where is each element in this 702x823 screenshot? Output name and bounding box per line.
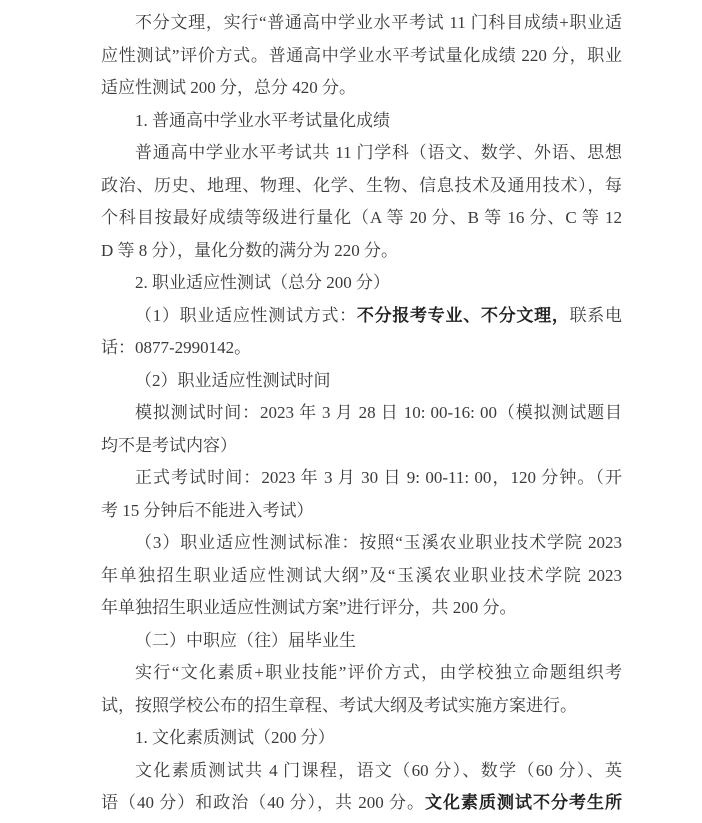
- text-run: （二）中职应（往）届毕业生: [135, 631, 356, 650]
- text-line: 语（40 分）和政治（40 分），共 200 分。文化素质测试不分考生所: [101, 787, 622, 820]
- text-line: 考 15 分钟后不能进入考试）: [101, 495, 622, 528]
- text-line: 年单独招生职业适应性测试方案”进行评分，共 200 分。: [101, 592, 622, 625]
- text-line: 2. 职业适应性测试（总分 200 分）: [101, 267, 622, 300]
- text-line: 均不是考试内容）: [101, 430, 622, 463]
- text-run: 年单独招生职业适应性测试大纲”及“玉溪农业职业技术学院 2023: [101, 566, 622, 585]
- text-run: 不分文理，实行“普通高中学业水平考试 11 门科目成绩+职业适: [135, 13, 622, 32]
- text-run: 应性测试”评价方式。普通高中学业水平考试量化成绩 220 分，职业: [101, 46, 622, 65]
- text-line: 实行“文化素质+职业技能”评价方式，由学校独立命题组织考: [101, 657, 622, 690]
- text-line: 政治、历史、地理、物理、化学、生物、信息技术及通用技术），每: [101, 170, 622, 203]
- text-line: 1. 普通高中学业水平考试量化成绩: [101, 105, 622, 138]
- text-run: 适应性测试 200 分，总分 420 分。: [101, 78, 356, 97]
- text-run: （3）职业适应性测试标准：按照“玉溪农业职业技术学院 2023: [135, 533, 622, 552]
- text-run: 正式考试时间：2023 年 3 月 30 日 9: 00-11: 00，120 …: [135, 468, 622, 487]
- text-run: 年单独招生职业适应性测试方案”进行评分，共 200 分。: [101, 598, 517, 617]
- text-run: 1. 普通高中学业水平考试量化成绩: [135, 111, 390, 130]
- text-run: 试，按照学校公布的招生章程、考试大纲及考试实施方案进行。: [101, 696, 577, 715]
- text-line: （1）职业适应性测试方式：不分报考专业、不分文理，联系电: [101, 300, 622, 333]
- bold-text-run: 不分报考专业、不分文理，: [357, 306, 570, 325]
- text-run: D 等 8 分），量化分数的满分为 220 分。: [101, 241, 398, 260]
- text-line: （二）中职应（往）届毕业生: [101, 625, 622, 658]
- text-line: D 等 8 分），量化分数的满分为 220 分。: [101, 235, 622, 268]
- text-line: 文化素质测试共 4 门课程，语文（60 分）、数学（60 分）、英: [101, 755, 622, 788]
- text-line: （2）职业适应性测试时间: [101, 365, 622, 398]
- text-line: 话：0877-2990142。: [101, 332, 622, 365]
- text-line: （3）职业适应性测试标准：按照“玉溪农业职业技术学院 2023: [101, 527, 622, 560]
- text-line: 年单独招生职业适应性测试大纲”及“玉溪农业职业技术学院 2023: [101, 560, 622, 593]
- bold-text-run: 文化素质测试不分考生所: [425, 793, 622, 812]
- text-run: 1. 文化素质测试（200 分）: [135, 728, 335, 747]
- text-line: 适应性测试 200 分，总分 420 分。: [101, 72, 622, 105]
- text-run: 文化素质测试共 4 门课程，语文（60 分）、数学（60 分）、英: [135, 761, 622, 780]
- text-line: 1. 文化素质测试（200 分）: [101, 722, 622, 755]
- text-line: 普通高中学业水平考试共 11 门学科（语文、数学、外语、思想: [101, 137, 622, 170]
- text-line: 不分文理，实行“普通高中学业水平考试 11 门科目成绩+职业适: [101, 7, 622, 40]
- text-line: 正式考试时间：2023 年 3 月 30 日 9: 00-11: 00，120 …: [101, 462, 622, 495]
- text-run: （2）职业适应性测试时间: [135, 371, 331, 390]
- text-run: 模拟测试时间：2023 年 3 月 28 日 10: 00-16: 00（模拟测…: [135, 403, 622, 422]
- text-line: 应性测试”评价方式。普通高中学业水平考试量化成绩 220 分，职业: [101, 40, 622, 73]
- text-line: 试，按照学校公布的招生章程、考试大纲及考试实施方案进行。: [101, 690, 622, 723]
- text-run: 实行“文化素质+职业技能”评价方式，由学校独立命题组织考: [135, 663, 622, 682]
- text-run: 考 15 分钟后不能进入考试）: [101, 501, 314, 520]
- text-run: 政治、历史、地理、物理、化学、生物、信息技术及通用技术），每: [101, 176, 622, 195]
- text-run: 联系电: [570, 306, 622, 325]
- text-run: 话：0877-2990142。: [101, 338, 251, 357]
- text-run: 普通高中学业水平考试共 11 门学科（语文、数学、外语、思想: [135, 143, 622, 162]
- document-text-block: 不分文理，实行“普通高中学业水平考试 11 门科目成绩+职业适应性测试”评价方式…: [101, 7, 622, 820]
- text-line: 模拟测试时间：2023 年 3 月 28 日 10: 00-16: 00（模拟测…: [101, 397, 622, 430]
- text-run: 语（40 分）和政治（40 分），共 200 分。: [101, 793, 425, 812]
- text-line: 个科目按最好成绩等级进行量化（A 等 20 分、B 等 16 分、C 等 12 …: [101, 202, 622, 235]
- document-page: 不分文理，实行“普通高中学业水平考试 11 门科目成绩+职业适应性测试”评价方式…: [0, 0, 702, 823]
- text-run: （1）职业适应性测试方式：: [135, 306, 357, 325]
- text-run: 均不是考试内容）: [101, 436, 237, 455]
- text-run: 2. 职业适应性测试（总分 200 分）: [135, 273, 390, 292]
- text-run: 个科目按最好成绩等级进行量化（A 等 20 分、B 等 16 分、C 等 12 …: [101, 208, 622, 235]
